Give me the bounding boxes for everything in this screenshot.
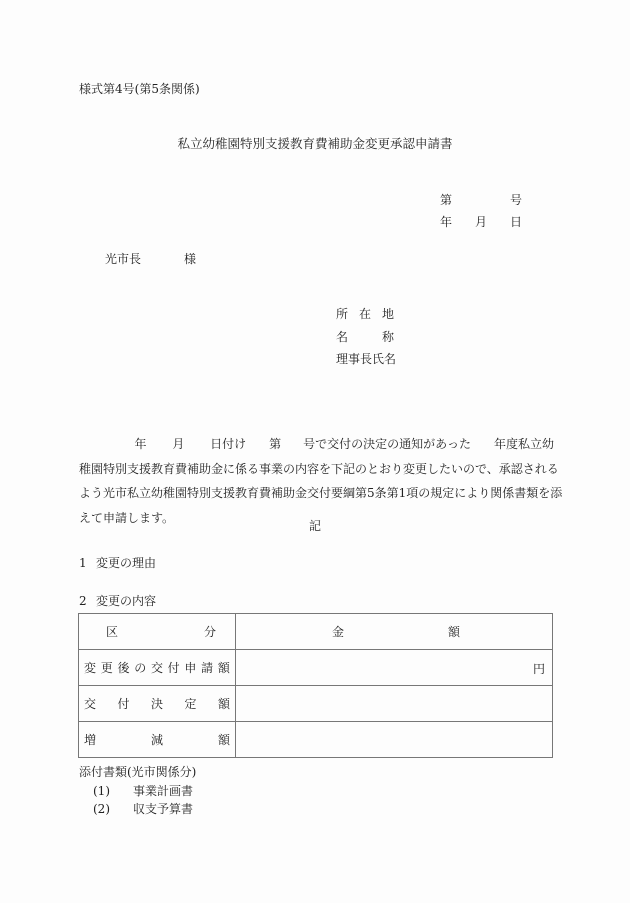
label-char: 増 bbox=[84, 731, 96, 748]
applicant-name-label: 名 称 bbox=[336, 331, 394, 343]
label-char: 申 bbox=[184, 659, 196, 676]
item-label: 変更の理由 bbox=[96, 556, 156, 570]
table-header-row: 区 分 金 額 bbox=[79, 614, 553, 650]
attachments-title: 添付書類(光市関係分) bbox=[79, 766, 196, 778]
date-month: 月 bbox=[475, 216, 487, 228]
item-change-content: 2変更の内容 bbox=[79, 595, 156, 607]
label-text: 理事長氏名 bbox=[336, 353, 396, 365]
attachment-item: (2) 収支予算書 bbox=[93, 803, 193, 815]
header-char: 額 bbox=[448, 623, 460, 640]
document-number-prefix: 第 bbox=[440, 194, 452, 206]
document-number: 第 号 bbox=[440, 194, 522, 206]
label-char: 称 bbox=[382, 331, 394, 343]
item-label: 変更の内容 bbox=[96, 594, 156, 608]
body-line-2: 稚園特別支援教育費補助金に係る事業の内容を下記のとおり変更したいので、承認される bbox=[79, 457, 554, 482]
label-char: 地 bbox=[382, 308, 394, 320]
amount-cell[interactable] bbox=[236, 722, 553, 758]
label-char: 所 bbox=[336, 308, 348, 320]
label-char: 定 bbox=[184, 695, 196, 712]
addressee-name: 光市長 bbox=[105, 253, 184, 265]
label-char: 交 bbox=[84, 695, 96, 712]
label-char: 請 bbox=[201, 659, 213, 676]
attachment-label: 収支予算書 bbox=[133, 803, 193, 815]
document-title: 私立幼稚園特別支援教育費補助金変更承認申請書 bbox=[0, 138, 630, 151]
body-paragraph: 年 月 日付け 第 号で交付の決定の通知があった 年度私立幼 稚園特別支援教育費… bbox=[79, 432, 554, 530]
label-char: 額 bbox=[218, 695, 230, 712]
label-char: の bbox=[134, 659, 146, 676]
label-char: 在 bbox=[359, 308, 371, 320]
label-char: 更 bbox=[101, 659, 113, 676]
table-row: 増 減 額 bbox=[79, 722, 553, 758]
blank-day: 日付け bbox=[210, 432, 246, 457]
header-char: 区 bbox=[106, 623, 118, 640]
label-char: 交 bbox=[151, 659, 163, 676]
addressee-honorific: 様 bbox=[184, 253, 196, 265]
document-date: 年 月 日 bbox=[440, 216, 522, 228]
body-line-1: 年 月 日付け 第 号で交付の決定の通知があった 年度私立幼 bbox=[79, 432, 554, 457]
label-char: 額 bbox=[218, 731, 230, 748]
attachment-label: 事業計画書 bbox=[133, 785, 193, 797]
applicant-chairman-label: 理事長氏名 bbox=[336, 353, 394, 365]
applicant-address-label: 所 在 地 bbox=[336, 308, 394, 320]
date-year: 年 bbox=[440, 216, 452, 228]
label-char: 変 bbox=[84, 659, 96, 676]
addressee: 光市長 様 bbox=[105, 253, 196, 265]
header-amount: 金 額 bbox=[236, 614, 553, 650]
body-text: 号で交付の決定の通知があった bbox=[303, 432, 471, 457]
label-char: 減 bbox=[151, 731, 163, 748]
item-number: 1 bbox=[79, 557, 96, 569]
row-label-decided-amount: 交 付 決 定 額 bbox=[79, 686, 236, 722]
document-number-suffix: 号 bbox=[510, 194, 522, 206]
blank-month: 月 bbox=[172, 432, 184, 457]
body-line-3: よう光市私立幼稚園特別支援教育費補助金交付要綱第5条第1項の規定により関係書類を… bbox=[79, 481, 554, 506]
attachment-number: (1) bbox=[93, 785, 133, 797]
label-char: 後 bbox=[117, 659, 129, 676]
label-char: 決 bbox=[151, 695, 163, 712]
label-char: 額 bbox=[218, 659, 230, 676]
blank-number-prefix: 第 bbox=[269, 432, 281, 457]
label-char: 名 bbox=[336, 331, 348, 343]
row-label-after-change-amount: 変 更 後 の 交 付 申 請 額 bbox=[79, 650, 236, 686]
row-label-difference-amount: 増 減 額 bbox=[79, 722, 236, 758]
form-number: 様式第4号(第5条関係) bbox=[79, 83, 200, 95]
body-text: 年度私立幼 bbox=[494, 432, 554, 457]
yen-unit: 円 bbox=[533, 660, 545, 677]
item-number: 2 bbox=[79, 595, 96, 607]
amount-cell[interactable]: 円 bbox=[236, 650, 553, 686]
date-day: 日 bbox=[510, 216, 522, 228]
amount-table: 区 分 金 額 変 更 後 の 交 付 申 請 額 円 bbox=[78, 613, 553, 758]
amount-cell[interactable] bbox=[236, 686, 553, 722]
header-char: 分 bbox=[204, 623, 216, 640]
label-char: 付 bbox=[168, 659, 180, 676]
table-row: 交 付 決 定 額 bbox=[79, 686, 553, 722]
item-change-reason: 1変更の理由 bbox=[79, 557, 156, 569]
header-category: 区 分 bbox=[79, 614, 236, 650]
blank-year: 年 bbox=[134, 432, 146, 457]
ki-heading: 記 bbox=[0, 520, 630, 532]
label-char: 付 bbox=[117, 695, 129, 712]
attachment-number: (2) bbox=[93, 803, 133, 815]
attachment-item: (1) 事業計画書 bbox=[93, 785, 193, 797]
header-char: 金 bbox=[332, 623, 344, 640]
table-row: 変 更 後 の 交 付 申 請 額 円 bbox=[79, 650, 553, 686]
